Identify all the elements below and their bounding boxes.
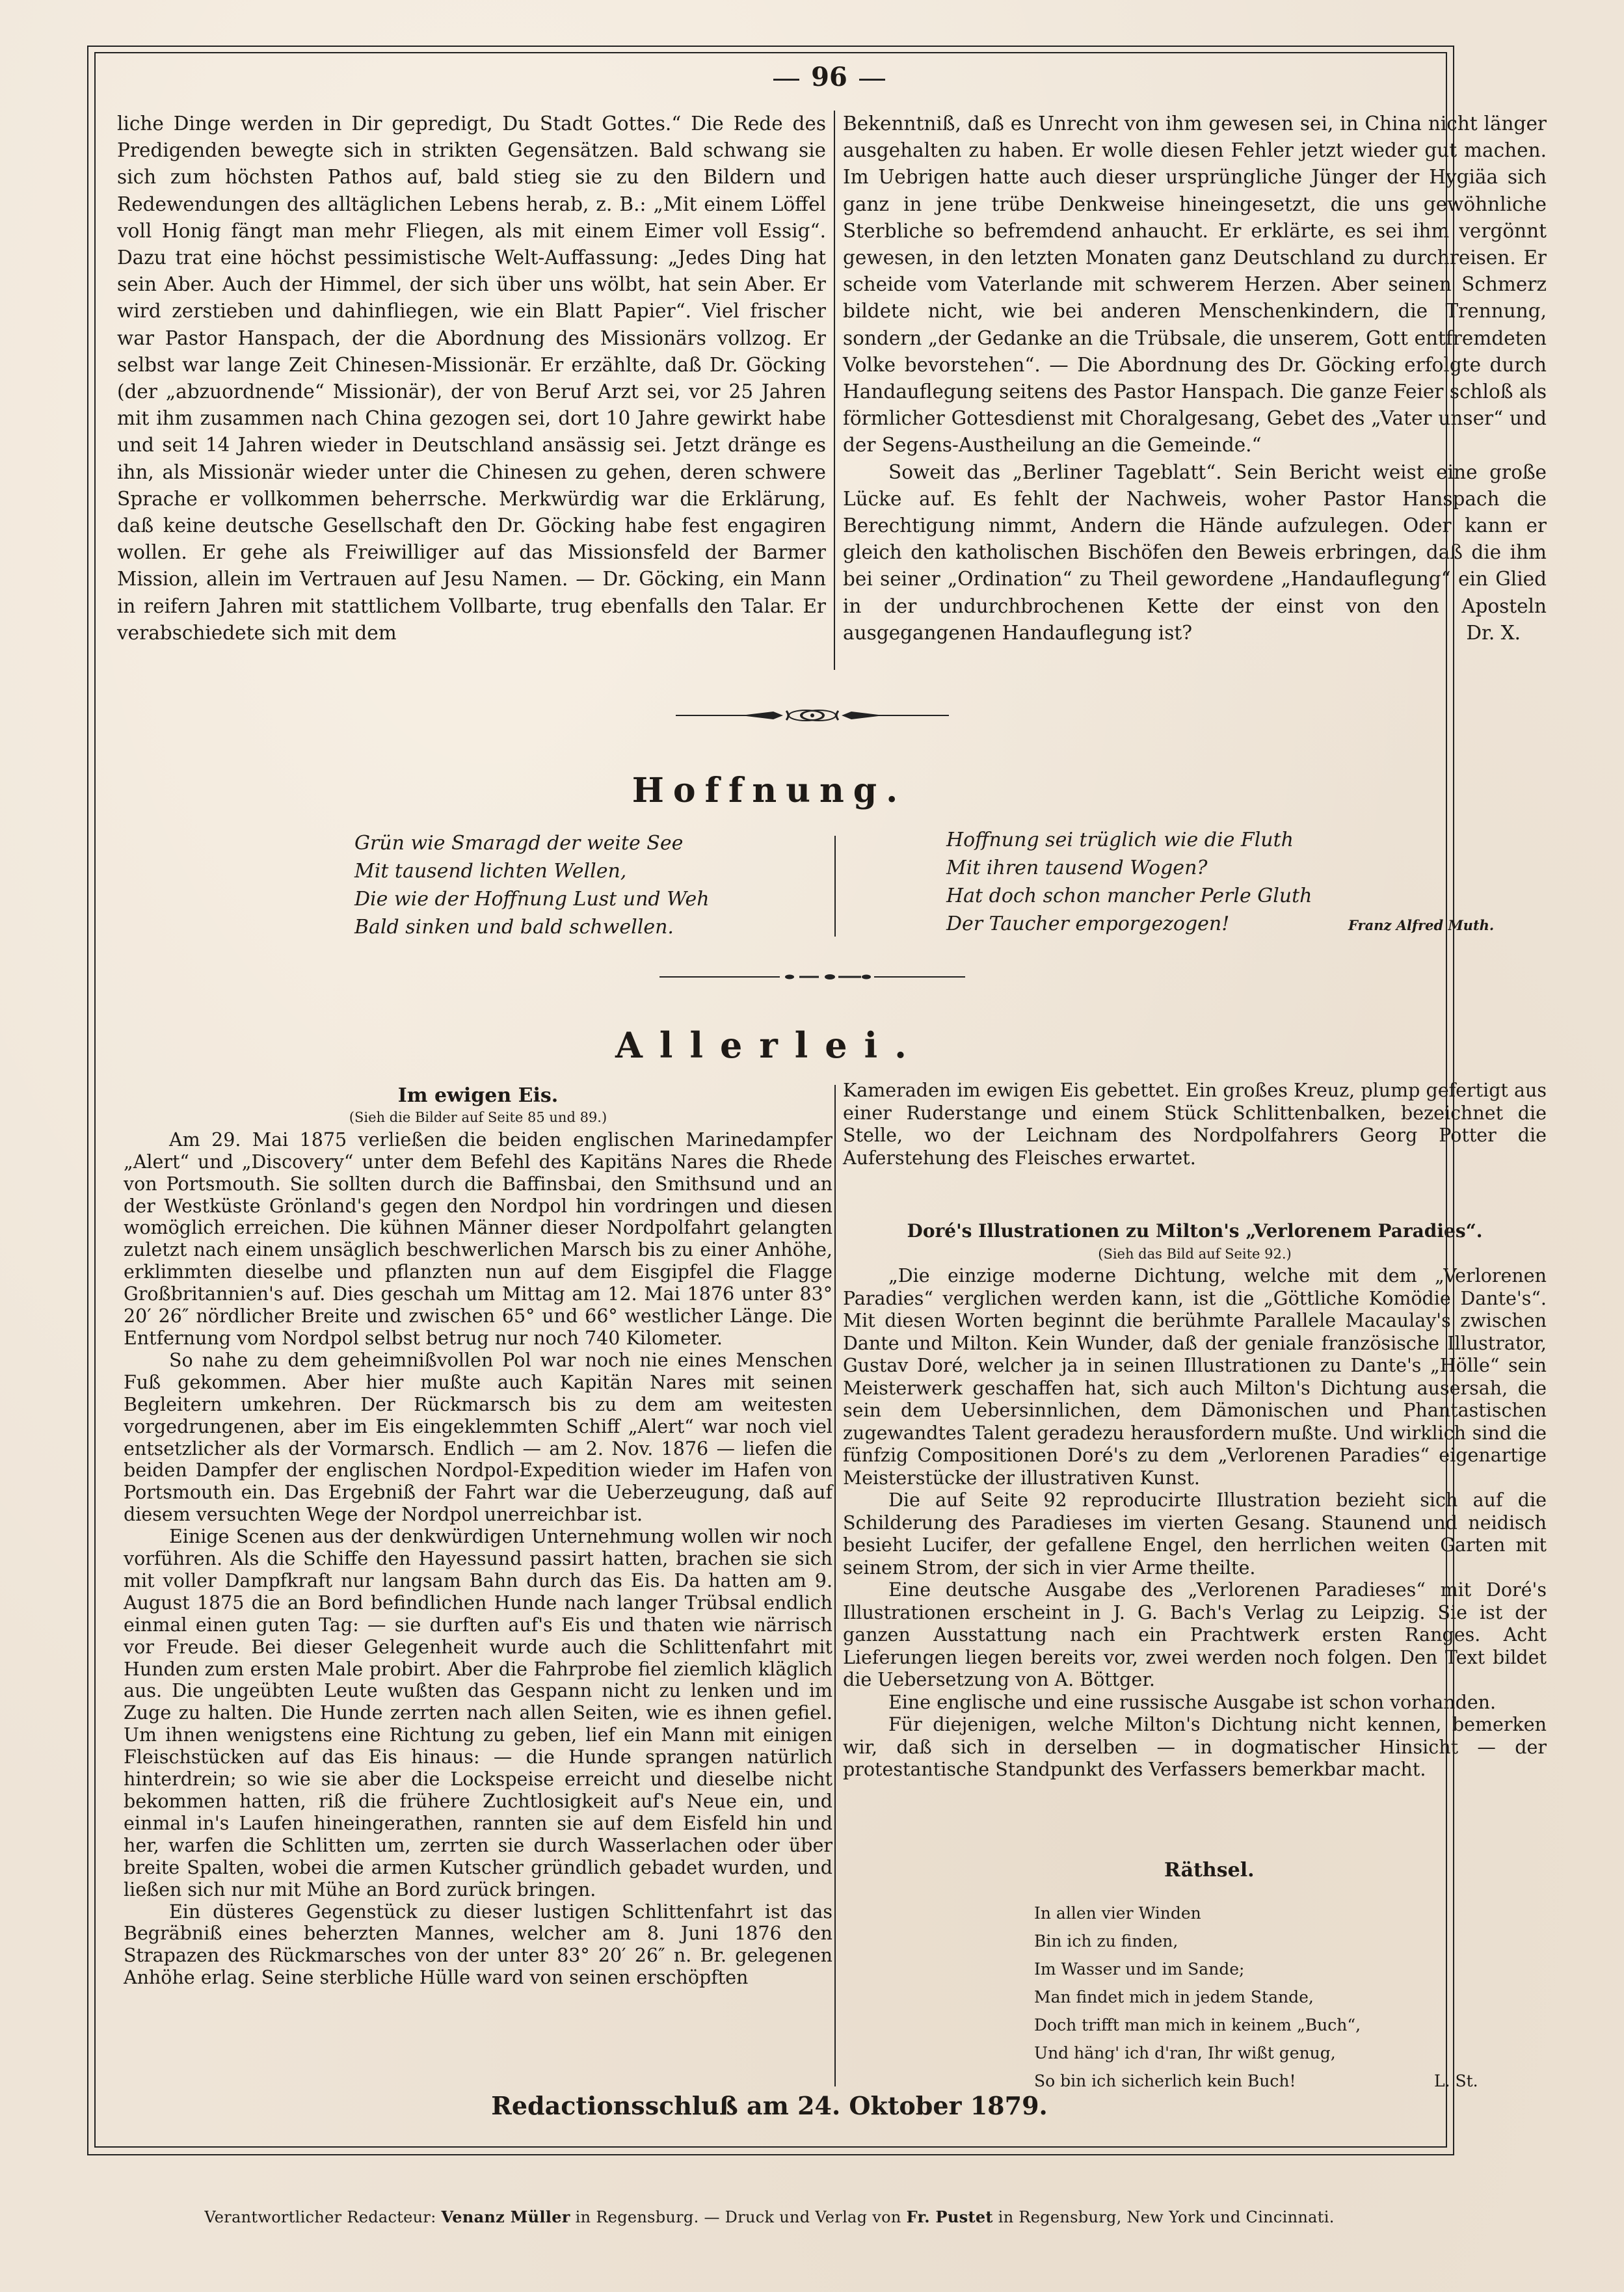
paragraph: Bekenntniß, daß es Unrecht von ihm gewes… (843, 111, 1547, 459)
poem-stanza-left: Grün wie Smaragd der weite See Mit tause… (354, 829, 710, 941)
riddle-title: Räthsel. (1164, 1859, 1255, 1882)
paragraph: „Die einzige moderne Dichtung, welche mi… (843, 1265, 1547, 1489)
paragraph: Einige Scenen aus der denkwürdigen Unter… (124, 1526, 832, 1900)
poem-line: Mit tausend lichten Wellen, (354, 857, 710, 885)
section-title: Allerlei. (94, 1024, 1444, 1066)
poem-line: Mit ihren tausend Wogen? (946, 854, 1312, 882)
riddle-lines: In allen vier Winden Bin ich zu finden, … (1034, 1899, 1361, 2095)
poem-line: Die wie der Hoffnung Lust und Weh (354, 885, 710, 913)
poem-line: Der Taucher emporgezogen! (946, 910, 1312, 938)
imprint-editor: Venanz Müller (442, 2207, 570, 2226)
editorial-deadline: Redactionsschluß am 24. Oktober 1879. (94, 2091, 1444, 2120)
paragraph: Die auf Seite 92 reproducirte Illustrati… (843, 1489, 1547, 1579)
riddle-line: Doch trifft man mich in keinem „Buch“, (1034, 2011, 1361, 2039)
poem-title: Hoffnung. (94, 771, 1444, 810)
paragraph: Eine deutsche Ausgabe des „Verlorenen Pa… (843, 1579, 1547, 1692)
imprint: Verantwortlicher Redacteur: Venanz Mülle… (94, 2207, 1444, 2226)
article-note: (Sieh die Bilder auf Seite 85 und 89.) (124, 1107, 832, 1129)
poem-line: Grün wie Smaragd der weite See (354, 829, 710, 857)
imprint-middle: in Regensburg. — Druck und Verlag von (576, 2208, 901, 2226)
imprint-prefix: Verantwortlicher Redacteur: (204, 2208, 436, 2226)
poem-divider (834, 836, 836, 937)
poem-line: Hat doch schon mancher Perle Gluth (946, 882, 1312, 910)
article-title: Doré's Illustrationen zu Milton's „Verlo… (843, 1220, 1547, 1243)
article-note: (Sieh das Bild auf Seite 92.) (843, 1243, 1547, 1266)
imprint-publisher: Fr. Pustet (907, 2207, 993, 2226)
dotted-divider-icon (0, 972, 1624, 981)
article-title: Im ewigen Eis. (124, 1085, 832, 1107)
poem-author: Franz Alfred Muth. (1348, 917, 1494, 933)
top-article-right-column: Bekenntniß, daß es Unrecht von ihm gewes… (843, 111, 1547, 646)
article-right-column: Kameraden im ewigen Eis gebettet. Ein gr… (843, 1080, 1547, 1781)
riddle-line: Bin ich zu finden, (1034, 1927, 1361, 1955)
riddle-line: Und häng' ich d'ran, Ihr wißt genug, (1034, 2039, 1361, 2067)
riddle-line: Man findet mich in jedem Stande, (1034, 1983, 1361, 2011)
decorative-dash-icon (773, 79, 799, 81)
paragraph: Kameraden im ewigen Eis gebettet. Ein gr… (843, 1080, 1547, 1169)
page-number: 96 (748, 62, 911, 92)
paragraph: Ein düsteres Gegenstück zu dieser lustig… (124, 1901, 832, 1990)
poem-stanza-right: Hoffnung sei trüglich wie die Fluth Mit … (946, 826, 1312, 938)
paragraph: Soweit das „Berliner Tageblatt“. Sein Be… (843, 459, 1547, 646)
paragraph: Eine englische und eine russische Ausgab… (843, 1692, 1547, 1714)
decorative-dash-icon (859, 79, 885, 81)
imprint-suffix: in Regensburg, New York und Cincinnati. (998, 2208, 1335, 2226)
article-eis-column: Im ewigen Eis. (Sieh die Bilder auf Seit… (124, 1085, 832, 1989)
paragraph: Am 29. Mai 1875 verließen die beiden eng… (124, 1129, 832, 1350)
paragraph: Für diejenigen, welche Milton's Dichtung… (843, 1714, 1547, 1781)
paragraph: So nahe zu dem geheimnißvollen Pol war n… (124, 1350, 832, 1526)
poem-line: Bald sinken und bald schwellen. (354, 913, 710, 941)
paragraph: liche Dinge werden in Dir gepredigt, Du … (117, 111, 826, 646)
column-divider (834, 111, 835, 670)
poem-line: Hoffnung sei trüglich wie die Fluth (946, 826, 1312, 854)
page-number-value: 96 (811, 62, 847, 92)
riddle-line: In allen vier Winden (1034, 1899, 1361, 1927)
riddle-line: Im Wasser und im Sande; (1034, 1955, 1361, 1983)
top-article-left-column: liche Dinge werden in Dir gepredigt, Du … (117, 111, 826, 646)
ornamental-divider-icon (0, 706, 1624, 725)
column-divider (834, 1085, 836, 2086)
